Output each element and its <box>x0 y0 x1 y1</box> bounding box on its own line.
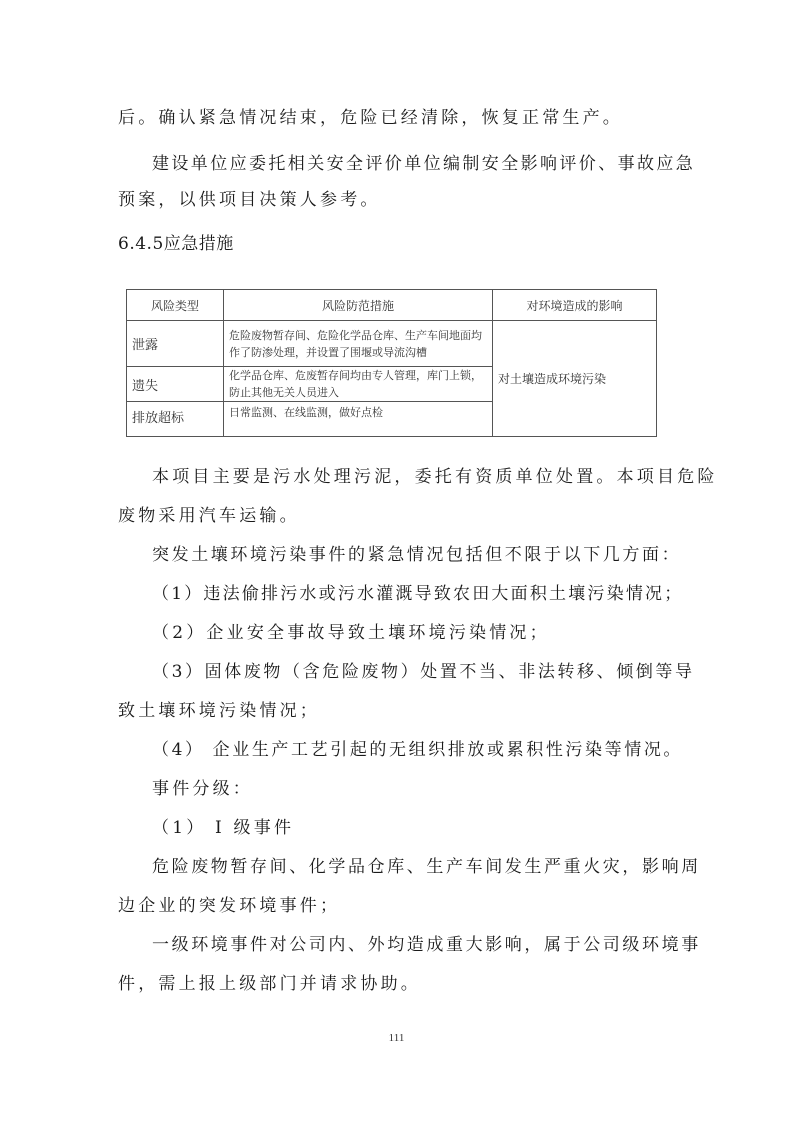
paragraph-line: 本项目主要是污水处理污泥，委托有资质单位处置。本项目危险 <box>152 467 718 487</box>
table-row: 泄露 危险废物暂存间、危险化学品仓库、生产车间地面均作了防渗处理，并设置了围堰或… <box>127 321 657 367</box>
risk-measure-cell: 日常监测、在线监测，做好点检 <box>224 402 493 437</box>
risk-measures-table: 风险类型 风险防范措施 对环境造成的影响 泄露 危险废物暂存间、危险化学品仓库、… <box>126 289 657 437</box>
paragraph-line: 后。确认紧急情况结束，危险已经清除，恢复正常生产。 <box>118 108 623 128</box>
table-header: 对环境造成的影响 <box>493 290 657 321</box>
list-item: 致土壤环境污染情况； <box>118 701 320 721</box>
paragraph-line: 预案，以供项目决策人参考。 <box>118 190 381 210</box>
risk-measure-cell: 化学品仓库、危废暂存间均由专人管理，库门上锁，防止其他无关人员进入 <box>224 367 493 402</box>
paragraph-line: 废物采用汽车运输。 <box>118 506 300 526</box>
table-header-row: 风险类型 风险防范措施 对环境造成的影响 <box>127 290 657 321</box>
risk-type-cell: 泄露 <box>127 321 224 367</box>
table-header: 风险类型 <box>127 290 224 321</box>
risk-type-cell: 排放超标 <box>127 402 224 437</box>
paragraph-line: 危险废物暂存间、化学品仓库、生产车间发生严重火灾，影响周 <box>152 857 701 877</box>
paragraph-line: 建设单位应委托相关安全评价单位编制安全影响评价、事故应急 <box>152 154 695 174</box>
risk-measure-cell: 危险废物暂存间、危险化学品仓库、生产车间地面均作了防渗处理，并设置了围堰或导流沟… <box>224 321 493 367</box>
table-header: 风险防范措施 <box>224 290 493 321</box>
paragraph-line: 一级环境事件对公司内、外均造成重大影响，属于公司级环境事 <box>152 935 701 955</box>
page-number: 111 <box>0 1032 793 1044</box>
paragraph-line: 边企业的突发环境事件； <box>118 896 340 916</box>
paragraph-line: 件，需上报上级部门并请求协助。 <box>118 974 421 994</box>
paragraph-line: 突发土壤环境污染事件的紧急情况包括但不限于以下几方面： <box>152 545 681 565</box>
impact-cell: 对土壤造成环境污染 <box>493 321 657 437</box>
list-item: （1） Ⅰ 级事件 <box>152 818 294 838</box>
section-heading: 6.4.5应急措施 <box>118 234 234 254</box>
list-item: （3）固体废物（含危险废物）处置不当、非法转移、倾倒等导 <box>152 662 695 682</box>
list-item: （1）违法偷排污水或污水灌溉导致农田大面积土壤污染情况； <box>152 584 683 604</box>
list-item: （2）企业安全事故导致土壤环境污染情况； <box>152 623 550 643</box>
risk-type-cell: 遗失 <box>127 367 224 402</box>
paragraph-line: 事件分级： <box>152 779 253 799</box>
list-item: （4） 企业生产工艺引起的无组织排放或累积性污染等情况。 <box>152 740 683 760</box>
